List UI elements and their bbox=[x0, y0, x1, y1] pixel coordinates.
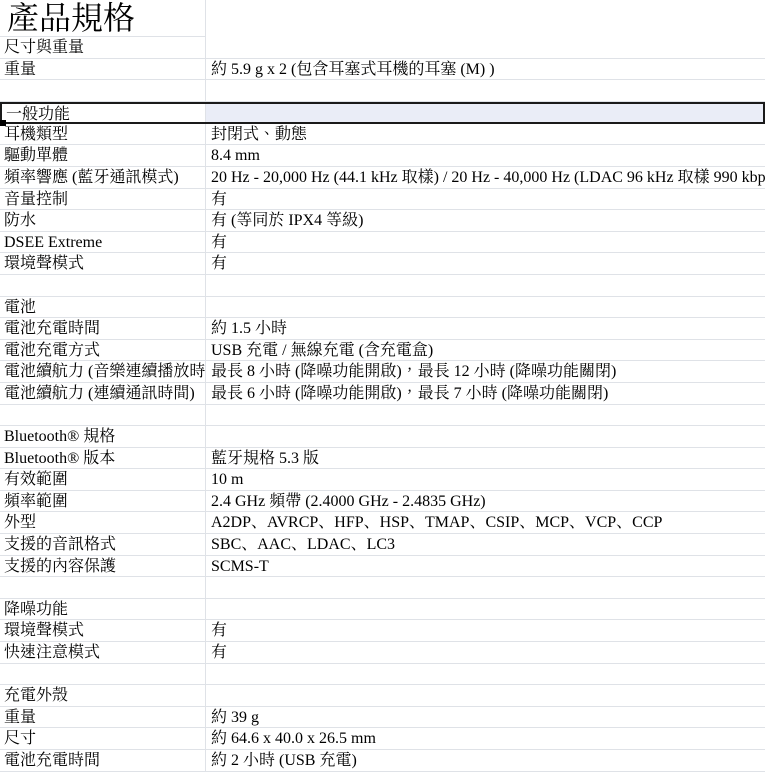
spec-row: 頻率響應 (藍牙通訊模式)20 Hz - 20,000 Hz (44.1 kHz… bbox=[0, 167, 765, 189]
spec-label-cell[interactable]: 電池充電時間 bbox=[0, 750, 206, 771]
spec-label-cell[interactable]: 頻率響應 (藍牙通訊模式) bbox=[0, 167, 206, 188]
spec-label-cell[interactable]: 重量 bbox=[0, 59, 206, 80]
spec-label-cell[interactable]: 驅動單體 bbox=[0, 145, 206, 166]
spec-value-cell[interactable]: 約 1.5 小時 bbox=[206, 318, 765, 339]
section-header-row: 尺寸與重量 bbox=[0, 37, 765, 59]
spec-row: 驅動單體8.4 mm bbox=[0, 145, 765, 167]
title-empty-cell[interactable] bbox=[206, 0, 765, 37]
spec-label-cell[interactable] bbox=[0, 577, 206, 598]
spec-row: 支援的內容保護SCMS-T bbox=[0, 556, 765, 578]
spec-row: 電池充電時間約 1.5 小時 bbox=[0, 318, 765, 340]
spec-value-cell[interactable]: SBC、AAC、LDAC、LC3 bbox=[206, 534, 765, 555]
spec-row: 電池充電時間約 2 小時 (USB 充電) bbox=[0, 750, 765, 772]
section-label-cell[interactable]: 充電外殼 bbox=[0, 685, 206, 706]
spec-label-cell[interactable]: 快速注意模式 bbox=[0, 642, 206, 663]
spec-value-cell[interactable] bbox=[206, 426, 765, 447]
spacer-row bbox=[0, 275, 765, 297]
spec-value-cell[interactable]: 有 bbox=[206, 253, 765, 274]
spec-row: 環境聲模式有 bbox=[0, 253, 765, 275]
spec-label-cell[interactable]: 電池充電時間 bbox=[0, 318, 206, 339]
section-header-row: 降噪功能 bbox=[0, 599, 765, 621]
section-label-cell[interactable]: 一般功能 bbox=[2, 104, 206, 122]
spec-value-cell[interactable]: 10 m bbox=[206, 469, 765, 490]
spec-label-cell[interactable] bbox=[0, 664, 206, 685]
spec-label-cell[interactable]: 音量控制 bbox=[0, 189, 206, 210]
spec-label-cell[interactable]: 支援的內容保護 bbox=[0, 556, 206, 577]
spec-value-cell[interactable] bbox=[206, 37, 765, 58]
section-label-cell[interactable]: 降噪功能 bbox=[0, 599, 206, 620]
spec-value-cell[interactable] bbox=[206, 664, 765, 685]
spec-value-cell[interactable]: 有 bbox=[206, 189, 765, 210]
spec-label-cell[interactable]: 環境聲模式 bbox=[0, 253, 206, 274]
spec-label-cell[interactable]: 有效範圍 bbox=[0, 469, 206, 490]
spec-label-cell[interactable]: 重量 bbox=[0, 707, 206, 728]
spec-label-cell[interactable]: 頻率範圍 bbox=[0, 491, 206, 512]
spec-row: 重量約 39 g bbox=[0, 707, 765, 729]
spec-row: 防水有 (等同於 IPX4 等級) bbox=[0, 210, 765, 232]
spec-value-cell[interactable]: 最長 8 小時 (降噪功能開啟)，最長 12 小時 (降噪功能關閉) bbox=[206, 361, 765, 382]
spec-row: 尺寸約 64.6 x 40.0 x 26.5 mm bbox=[0, 728, 765, 750]
spec-label-cell[interactable]: DSEE Extreme bbox=[0, 232, 206, 253]
section-header-row: 電池 bbox=[0, 297, 765, 319]
spec-label-cell[interactable]: 耳機類型 bbox=[0, 124, 206, 145]
spec-value-cell[interactable] bbox=[206, 577, 765, 598]
selected-section-row: 一般功能 bbox=[0, 102, 765, 124]
spec-value-cell[interactable]: 最長 6 小時 (降噪功能開啟)，最長 7 小時 (降噪功能關閉) bbox=[206, 383, 765, 404]
spacer-row bbox=[0, 577, 765, 599]
spacer-row bbox=[0, 405, 765, 427]
spec-value-cell[interactable]: 2.4 GHz 頻帶 (2.4000 GHz - 2.4835 GHz) bbox=[206, 491, 765, 512]
spec-row: Bluetooth® 版本藍牙規格 5.3 版 bbox=[0, 448, 765, 470]
spec-row: 支援的音訊格式SBC、AAC、LDAC、LC3 bbox=[0, 534, 765, 556]
spec-value-cell[interactable] bbox=[206, 297, 765, 318]
spec-value-cell[interactable]: USB 充電 / 無線充電 (含充電盒) bbox=[206, 340, 765, 361]
spec-label-cell[interactable] bbox=[0, 275, 206, 296]
spec-row: 音量控制有 bbox=[0, 189, 765, 211]
spec-label-cell[interactable]: 尺寸 bbox=[0, 728, 206, 749]
spec-value-cell[interactable]: 約 5.9 g x 2 (包含耳塞式耳機的耳塞 (M) ) bbox=[206, 59, 765, 80]
spec-row: 電池續航力 (連續通訊時間)最長 6 小時 (降噪功能開啟)，最長 7 小時 (… bbox=[0, 383, 765, 405]
spec-value-cell[interactable]: 有 bbox=[206, 620, 765, 641]
spec-value-cell[interactable]: 有 bbox=[206, 642, 765, 663]
spec-value-cell[interactable]: 約 39 g bbox=[206, 707, 765, 728]
spec-row: 耳機類型封閉式、動態 bbox=[0, 124, 765, 146]
section-label-cell[interactable]: 電池 bbox=[0, 297, 206, 318]
spec-label-cell[interactable] bbox=[0, 405, 206, 426]
spec-value-cell[interactable]: SCMS-T bbox=[206, 556, 765, 577]
spec-value-cell[interactable]: 約 2 小時 (USB 充電) bbox=[206, 750, 765, 771]
spec-row: 有效範圍10 m bbox=[0, 469, 765, 491]
spec-row: 電池續航力 (音樂連續播放時間)最長 8 小時 (降噪功能開啟)，最長 12 小… bbox=[0, 361, 765, 383]
spec-value-cell[interactable] bbox=[206, 405, 765, 426]
section-header-row: 充電外殼 bbox=[0, 685, 765, 707]
spec-value-cell[interactable]: 約 64.6 x 40.0 x 26.5 mm bbox=[206, 728, 765, 749]
spec-row: 外型A2DP、AVRCP、HFP、HSP、TMAP、CSIP、MCP、VCP、C… bbox=[0, 512, 765, 534]
spec-label-cell[interactable]: 防水 bbox=[0, 210, 206, 231]
spec-value-cell[interactable]: A2DP、AVRCP、HFP、HSP、TMAP、CSIP、MCP、VCP、CCP bbox=[206, 512, 765, 533]
spec-label-cell[interactable]: 外型 bbox=[0, 512, 206, 533]
spec-value-cell[interactable] bbox=[206, 80, 765, 101]
spec-label-cell[interactable]: 支援的音訊格式 bbox=[0, 534, 206, 555]
spec-label-cell[interactable]: 環境聲模式 bbox=[0, 620, 206, 641]
spec-grid: 產品規格 尺寸與重量重量約 5.9 g x 2 (包含耳塞式耳機的耳塞 (M) … bbox=[0, 0, 765, 772]
spec-value-cell[interactable]: 有 (等同於 IPX4 等級) bbox=[206, 210, 765, 231]
spec-row: 頻率範圍2.4 GHz 頻帶 (2.4000 GHz - 2.4835 GHz) bbox=[0, 491, 765, 513]
spec-label-cell[interactable]: Bluetooth® 版本 bbox=[0, 448, 206, 469]
spec-value-cell[interactable]: 20 Hz - 20,000 Hz (44.1 kHz 取樣) / 20 Hz … bbox=[206, 167, 765, 188]
selection-fill-handle[interactable] bbox=[0, 120, 6, 126]
spec-value-cell[interactable] bbox=[206, 599, 765, 620]
spec-row: 快速注意模式有 bbox=[0, 642, 765, 664]
section-label-cell[interactable]: Bluetooth® 規格 bbox=[0, 426, 206, 447]
spec-row: 環境聲模式有 bbox=[0, 620, 765, 642]
spec-label-cell[interactable]: 電池續航力 (連續通訊時間) bbox=[0, 383, 206, 404]
spec-row: 電池充電方式USB 充電 / 無線充電 (含充電盒) bbox=[0, 340, 765, 362]
spacer-row bbox=[0, 80, 765, 102]
spec-value-cell[interactable] bbox=[206, 685, 765, 706]
spec-value-cell[interactable] bbox=[206, 275, 765, 296]
page-title[interactable]: 產品規格 bbox=[0, 0, 206, 37]
section-label-cell[interactable]: 尺寸與重量 bbox=[0, 37, 206, 58]
spec-sheet: 產品規格 尺寸與重量重量約 5.9 g x 2 (包含耳塞式耳機的耳塞 (M) … bbox=[0, 0, 776, 776]
spec-value-cell[interactable]: 封閉式、動態 bbox=[206, 124, 765, 145]
spec-row: DSEE Extreme有 bbox=[0, 232, 765, 254]
spec-label-cell[interactable]: 電池充電方式 bbox=[0, 340, 206, 361]
spec-label-cell[interactable]: 電池續航力 (音樂連續播放時間) bbox=[0, 361, 206, 382]
spec-row: 重量約 5.9 g x 2 (包含耳塞式耳機的耳塞 (M) ) bbox=[0, 59, 765, 81]
spec-value-cell[interactable] bbox=[206, 104, 763, 122]
section-header-row: Bluetooth® 規格 bbox=[0, 426, 765, 448]
spec-value-cell[interactable]: 藍牙規格 5.3 版 bbox=[206, 448, 765, 469]
spacer-row bbox=[0, 664, 765, 686]
title-row: 產品規格 bbox=[0, 0, 765, 37]
spec-label-cell[interactable] bbox=[0, 80, 206, 101]
spec-value-cell[interactable]: 8.4 mm bbox=[206, 145, 765, 166]
spec-value-cell[interactable]: 有 bbox=[206, 232, 765, 253]
